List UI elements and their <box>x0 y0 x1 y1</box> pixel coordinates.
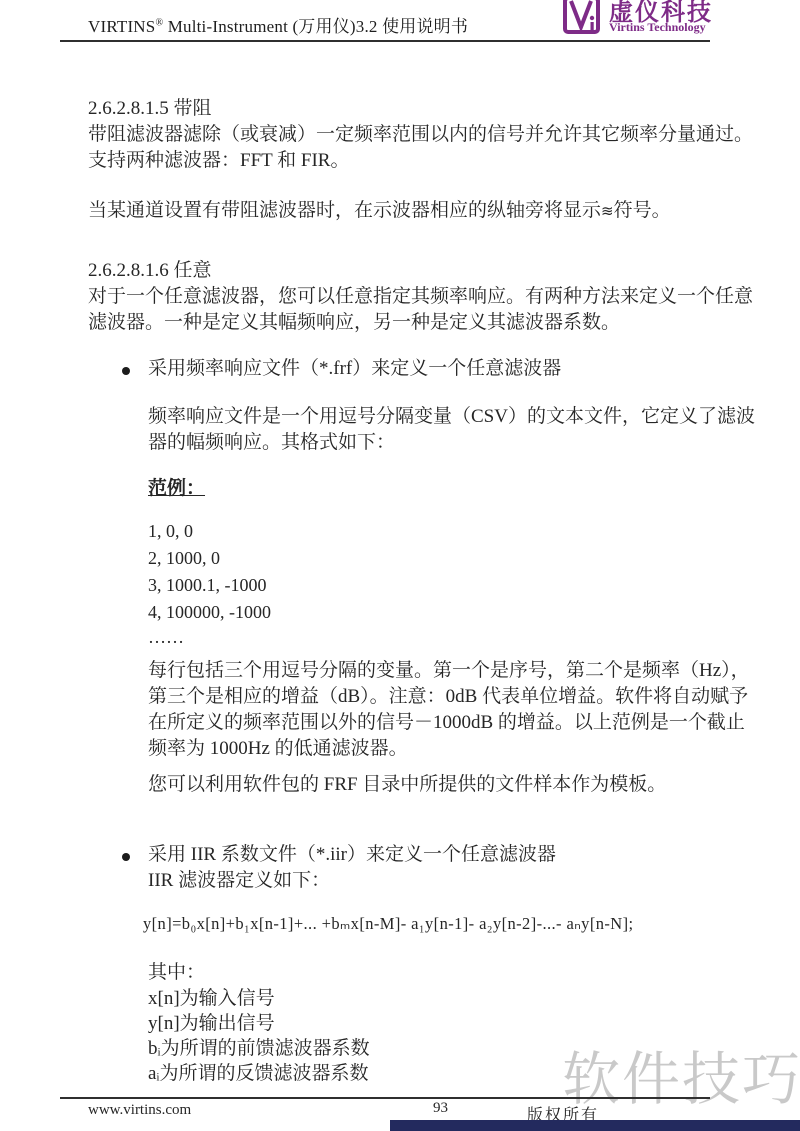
paragraph-arbitrary-line1: 对于一个任意滤波器，您可以任意指定其频率响应。有两种方法来定义一个任意 <box>88 284 753 310</box>
logo-company-name-en: Virtins Technology <box>609 20 706 35</box>
paragraph-csv-explain-line3: 在所定义的频率范围以外的信号－1000dB 的增益。以上范例是一个截止 <box>148 710 745 736</box>
csv-example-line: 1, 0, 0 <box>148 518 193 545</box>
csv-example-ellipsis: …… <box>148 624 184 651</box>
paragraph-frf-desc-line2: 器的幅频响应。其格式如下： <box>148 430 395 456</box>
header-title-rest: Multi-Instrument (万用仪)3.2 使用说明书 <box>163 17 468 36</box>
paragraph-csv-explain-line1: 每行包括三个用逗号分隔的变量。第一个是序号，第二个是频率（Hz）， <box>148 658 750 684</box>
document-page: VIRTINS® Multi-Instrument (万用仪)3.2 使用说明书… <box>0 0 800 1131</box>
company-logo: 虚仪科技 Virtins Technology <box>562 0 800 40</box>
paragraph-csv-explain-line2: 第三个是相应的增益（dB）。注意：0dB 代表单位增益。软件将自动赋予 <box>148 684 748 710</box>
symbol-note-pre: 当某通道设置有带阻滤波器时，在示波器相应的纵轴旁将显示 <box>88 200 601 221</box>
band-stop-axis-symbol-icon: ≋ <box>601 202 614 220</box>
paragraph-band-stop-line2: 支持两种滤波器：FFT 和 FIR。 <box>88 148 349 174</box>
bullet-icon <box>122 367 130 375</box>
section-heading-band-stop: 2.6.2.8.1.5 带阻 <box>88 96 212 122</box>
where-line-output-signal: y[n]为输出信号 <box>148 1011 275 1037</box>
where-line-input-signal: x[n]为输入信号 <box>148 986 275 1012</box>
bullet-frf-file: 采用频率响应文件（*.frf）来定义一个任意滤波器 <box>148 356 561 382</box>
footer-divider <box>60 1097 710 1099</box>
bullet-iir-file: 采用 IIR 系数文件（*.iir）来定义一个任意滤波器 <box>148 842 556 868</box>
iir-difference-equation: y[n]=b₀x[n]+b₁x[n-1]+... +bₘx[n-M]- a₁y[… <box>143 914 633 934</box>
header-title: VIRTINS® Multi-Instrument (万用仪)3.2 使用说明书 <box>88 12 468 37</box>
section-heading-arbitrary: 2.6.2.8.1.6 任意 <box>88 258 212 284</box>
csv-example-line: 2, 1000, 0 <box>148 545 220 572</box>
paragraph-frf-desc-line1: 频率响应文件是一个用逗号分隔变量（CSV）的文本文件，它定义了滤波 <box>148 404 755 430</box>
header-divider <box>60 40 710 42</box>
where-line-feedback-coeff: aᵢ为所谓的反馈滤波器系数 <box>148 1061 369 1087</box>
paragraph-iir-intro: IIR 滤波器定义如下： <box>148 868 330 894</box>
example-label: 范例： <box>148 476 205 502</box>
symbol-note-post: 符号。 <box>614 200 671 221</box>
paragraph-band-stop-line1: 带阻滤波器滤除（或衰减）一定频率范围以内的信号并允许其它频率分量通过。 <box>88 122 753 148</box>
virtins-v-logo-icon <box>562 0 602 38</box>
csv-example-line: 3, 1000.1, -1000 <box>148 572 267 599</box>
paragraph-arbitrary-line2: 滤波器。一种是定义其幅频响应，另一种是定义其滤波器系数。 <box>88 310 620 336</box>
paragraph-band-stop-symbol-note: 当某通道设置有带阻滤波器时，在示波器相应的纵轴旁将显示≋符号。 <box>88 198 671 224</box>
bullet-icon <box>122 853 130 861</box>
bottom-scan-bar <box>390 1120 800 1131</box>
header-brand: VIRTINS <box>88 17 155 36</box>
paragraph-frf-template: 您可以利用软件包的 FRF 目录中所提供的文件样本作为模板。 <box>148 772 666 798</box>
paragraph-csv-explain-line4: 频率为 1000Hz 的低通滤波器。 <box>148 736 408 762</box>
csv-example-line: 4, 100000, -1000 <box>148 599 271 626</box>
where-label: 其中： <box>148 960 205 986</box>
footer-website: www.virtins.com <box>88 1102 191 1119</box>
footer-page-number: 93 <box>433 1100 448 1117</box>
where-line-feedforward-coeff: bᵢ为所谓的前馈滤波器系数 <box>148 1036 370 1062</box>
